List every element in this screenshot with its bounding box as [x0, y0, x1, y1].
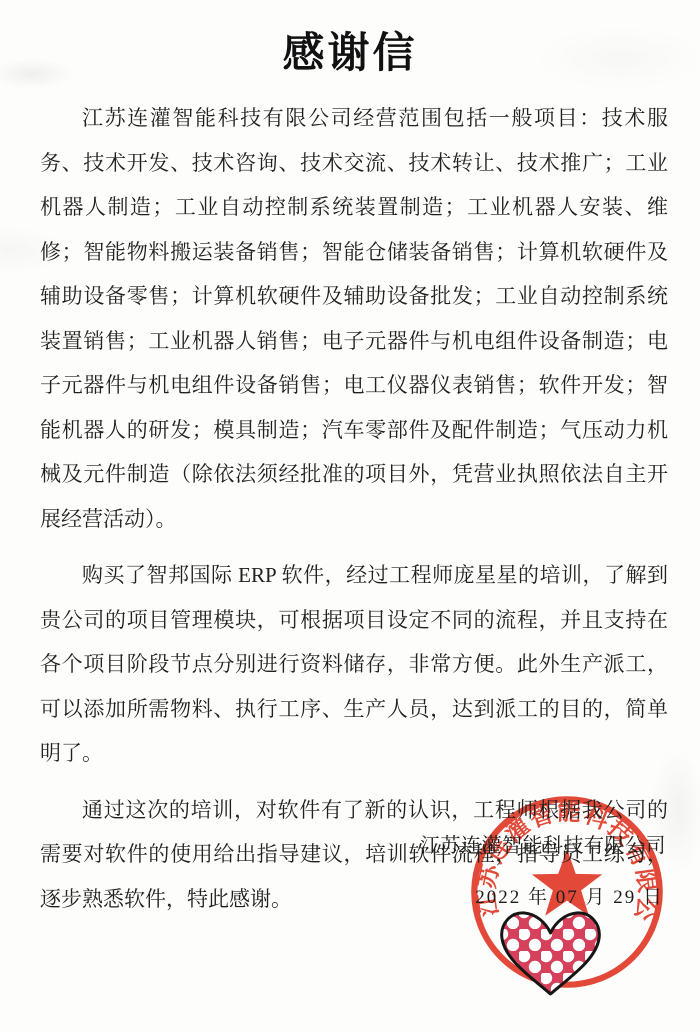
signature-date: 2022 年 07 月 29 日 — [420, 882, 666, 909]
letter-body: 江苏连灌智能科技有限公司经营范围包括一般项目：技术服务、技术开发、技术咨询、技术… — [40, 96, 668, 933]
signature-block: 江苏连灌智能科技有限公司 2022 年 07 月 29 日 — [420, 829, 666, 909]
page-title: 感谢信 — [0, 0, 700, 76]
paragraph-business-scope: 江苏连灌智能科技有限公司经营范围包括一般项目：技术服务、技术开发、技术咨询、技术… — [40, 96, 668, 541]
letter-page: 感谢信 江苏连灌智能科技有限公司经营范围包括一般项目：技术服务、技术开发、技术咨… — [0, 0, 700, 1032]
signature-company: 江苏连灌智能科技有限公司 — [420, 829, 666, 858]
paragraph-erp-training: 购买了智邦国际 ERP 软件，经过工程师庞星星的培训，了解到贵公司的项目管理模块… — [40, 553, 668, 776]
heart-icon — [497, 907, 604, 998]
heart-shape — [502, 913, 600, 994]
